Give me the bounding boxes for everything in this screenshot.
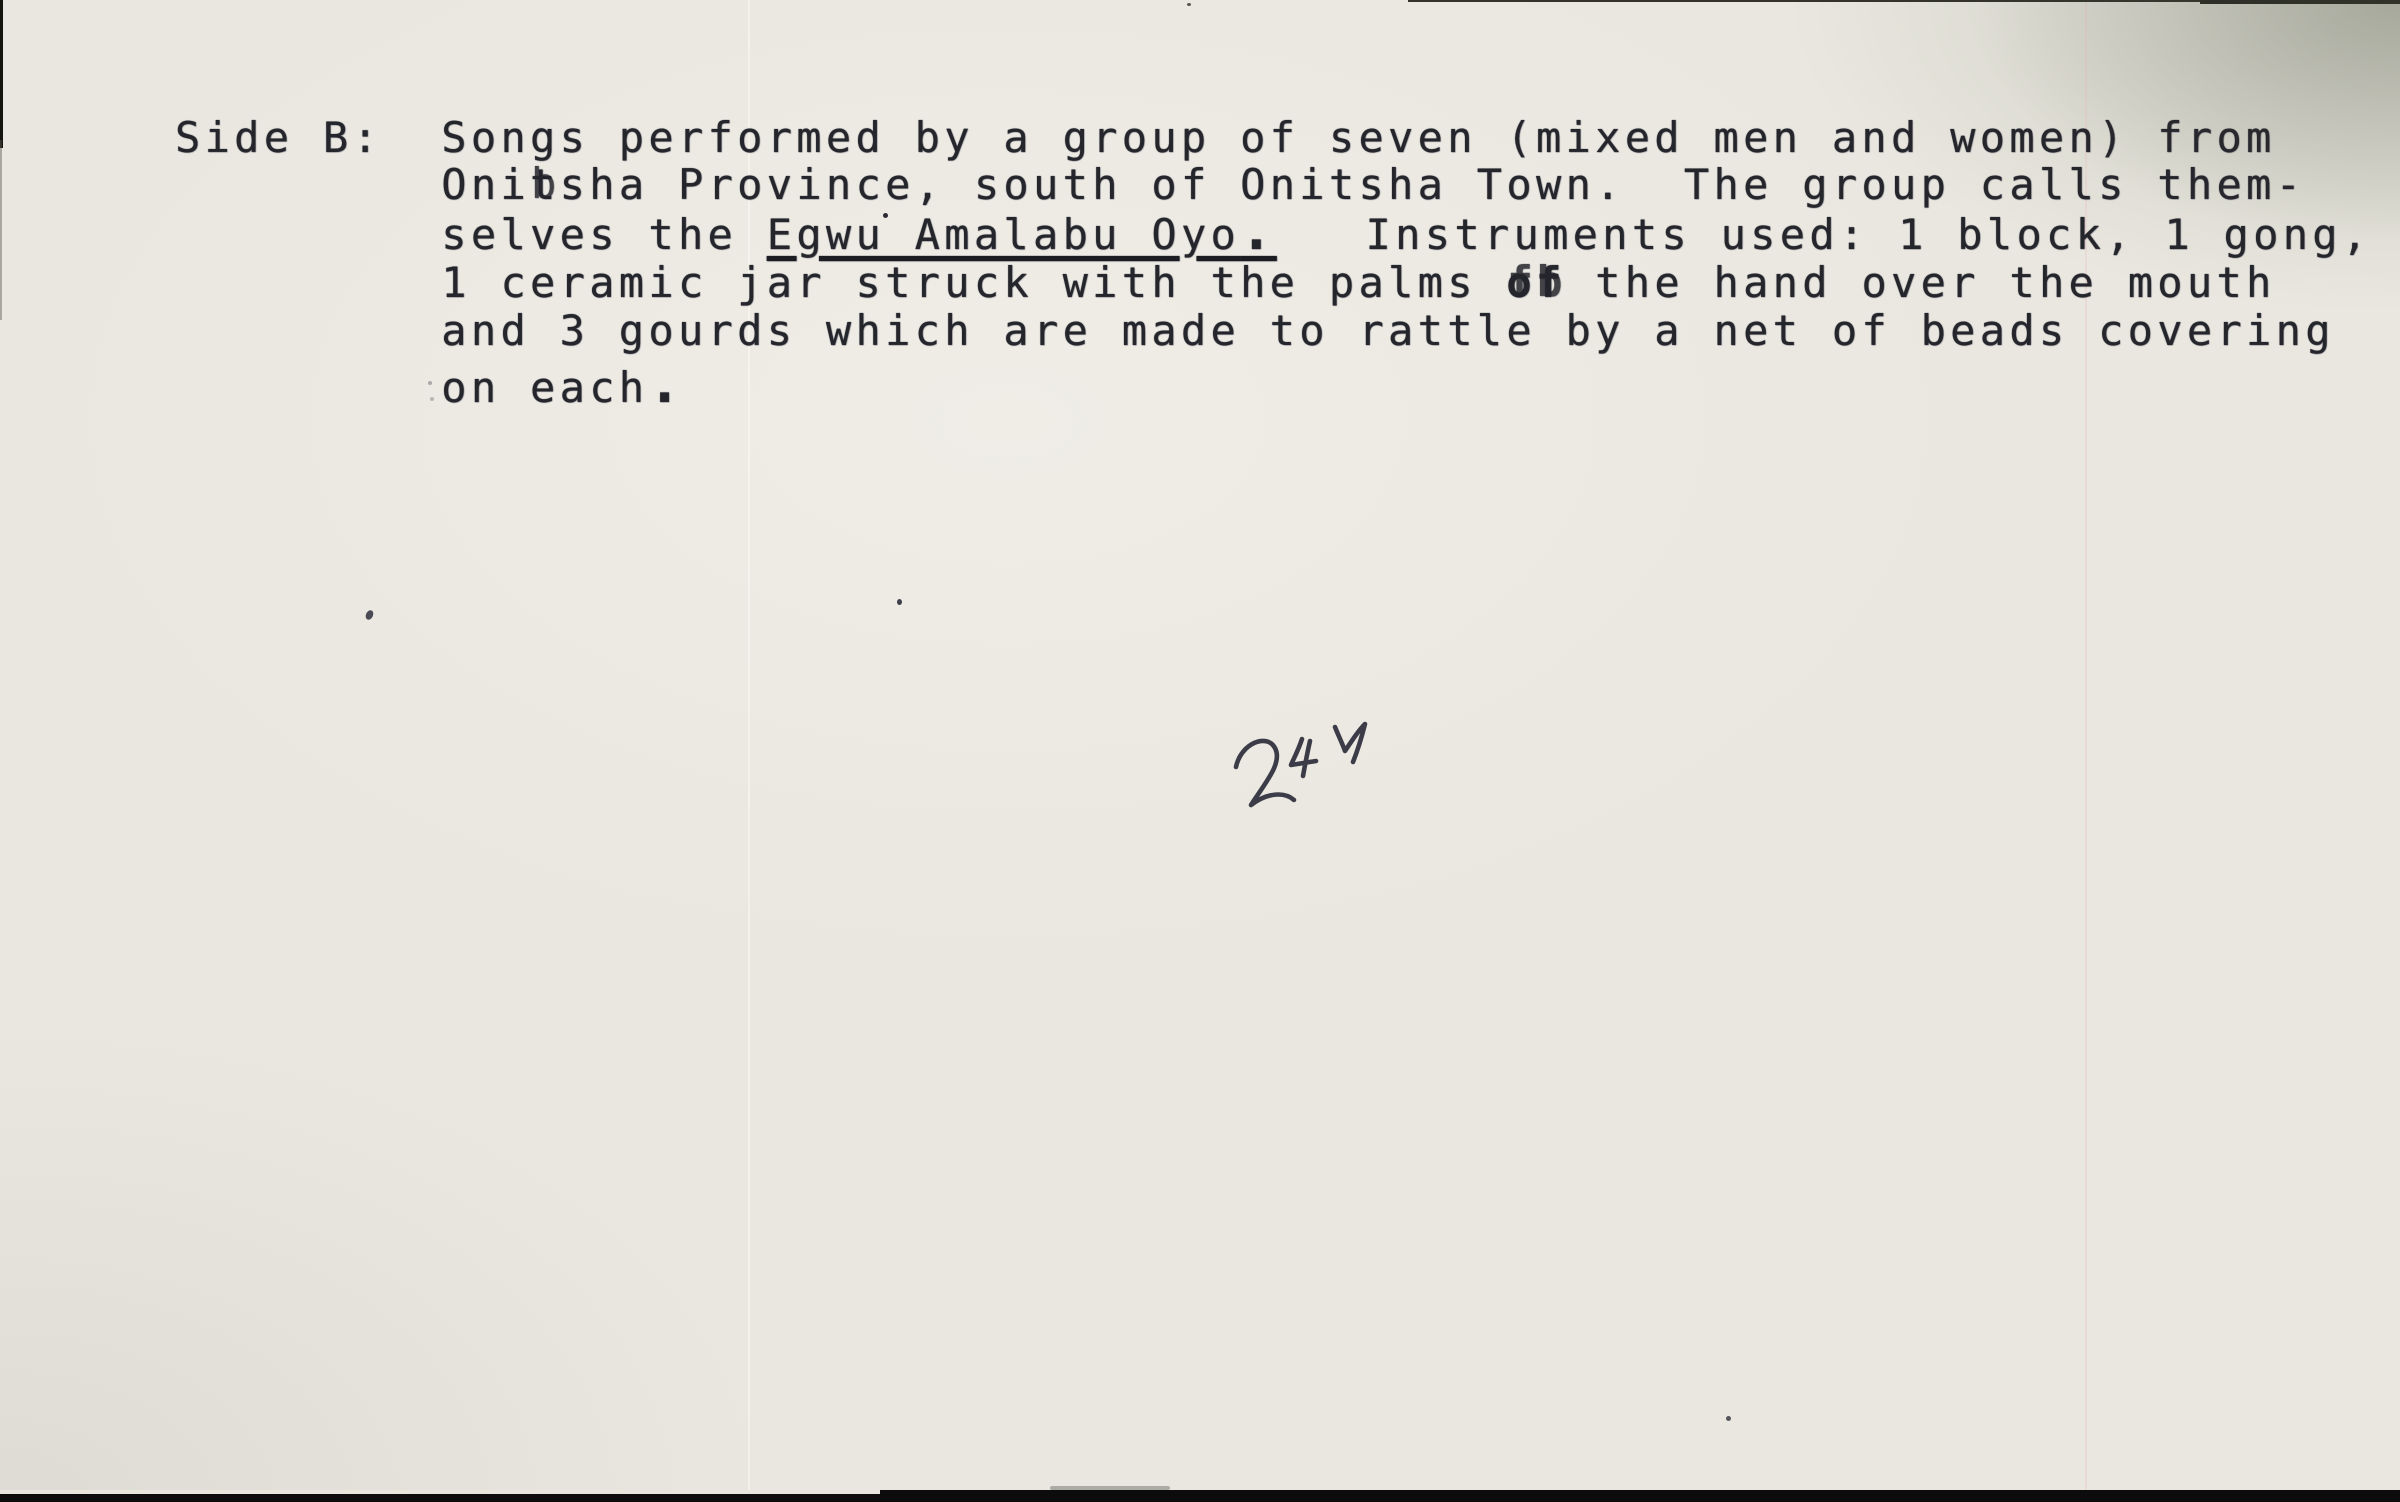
left-scan-edge: [0, 0, 3, 148]
corner-shadow: [1980, 0, 2400, 240]
left-scan-edge: [0, 140, 2, 320]
typewritten-line: Side B: Songs performed by a group of se…: [175, 117, 2276, 159]
typewritten-line: on each.: [175, 367, 685, 409]
typewritten-line: 1 ceramic jar struck with the palms offb…: [175, 262, 2276, 304]
paper-scan: Side B: Songs performed by a group of se…: [0, 0, 2400, 1502]
ink-speck: [897, 599, 902, 605]
handwritten-annotation: [1222, 692, 1397, 852]
handwritten-digit-2: [1236, 741, 1294, 805]
ink-speck: [1187, 3, 1191, 6]
bottom-scan-edge-thin: [0, 1490, 880, 1494]
handwritten-digit-4: [1291, 739, 1316, 776]
ink-speck: [1726, 1416, 1731, 1421]
handwritten-letter-x: [1335, 724, 1365, 762]
typewritten-line: and 3 gourds which are made to rattle by…: [175, 310, 2335, 352]
ink-speck: [364, 609, 375, 621]
